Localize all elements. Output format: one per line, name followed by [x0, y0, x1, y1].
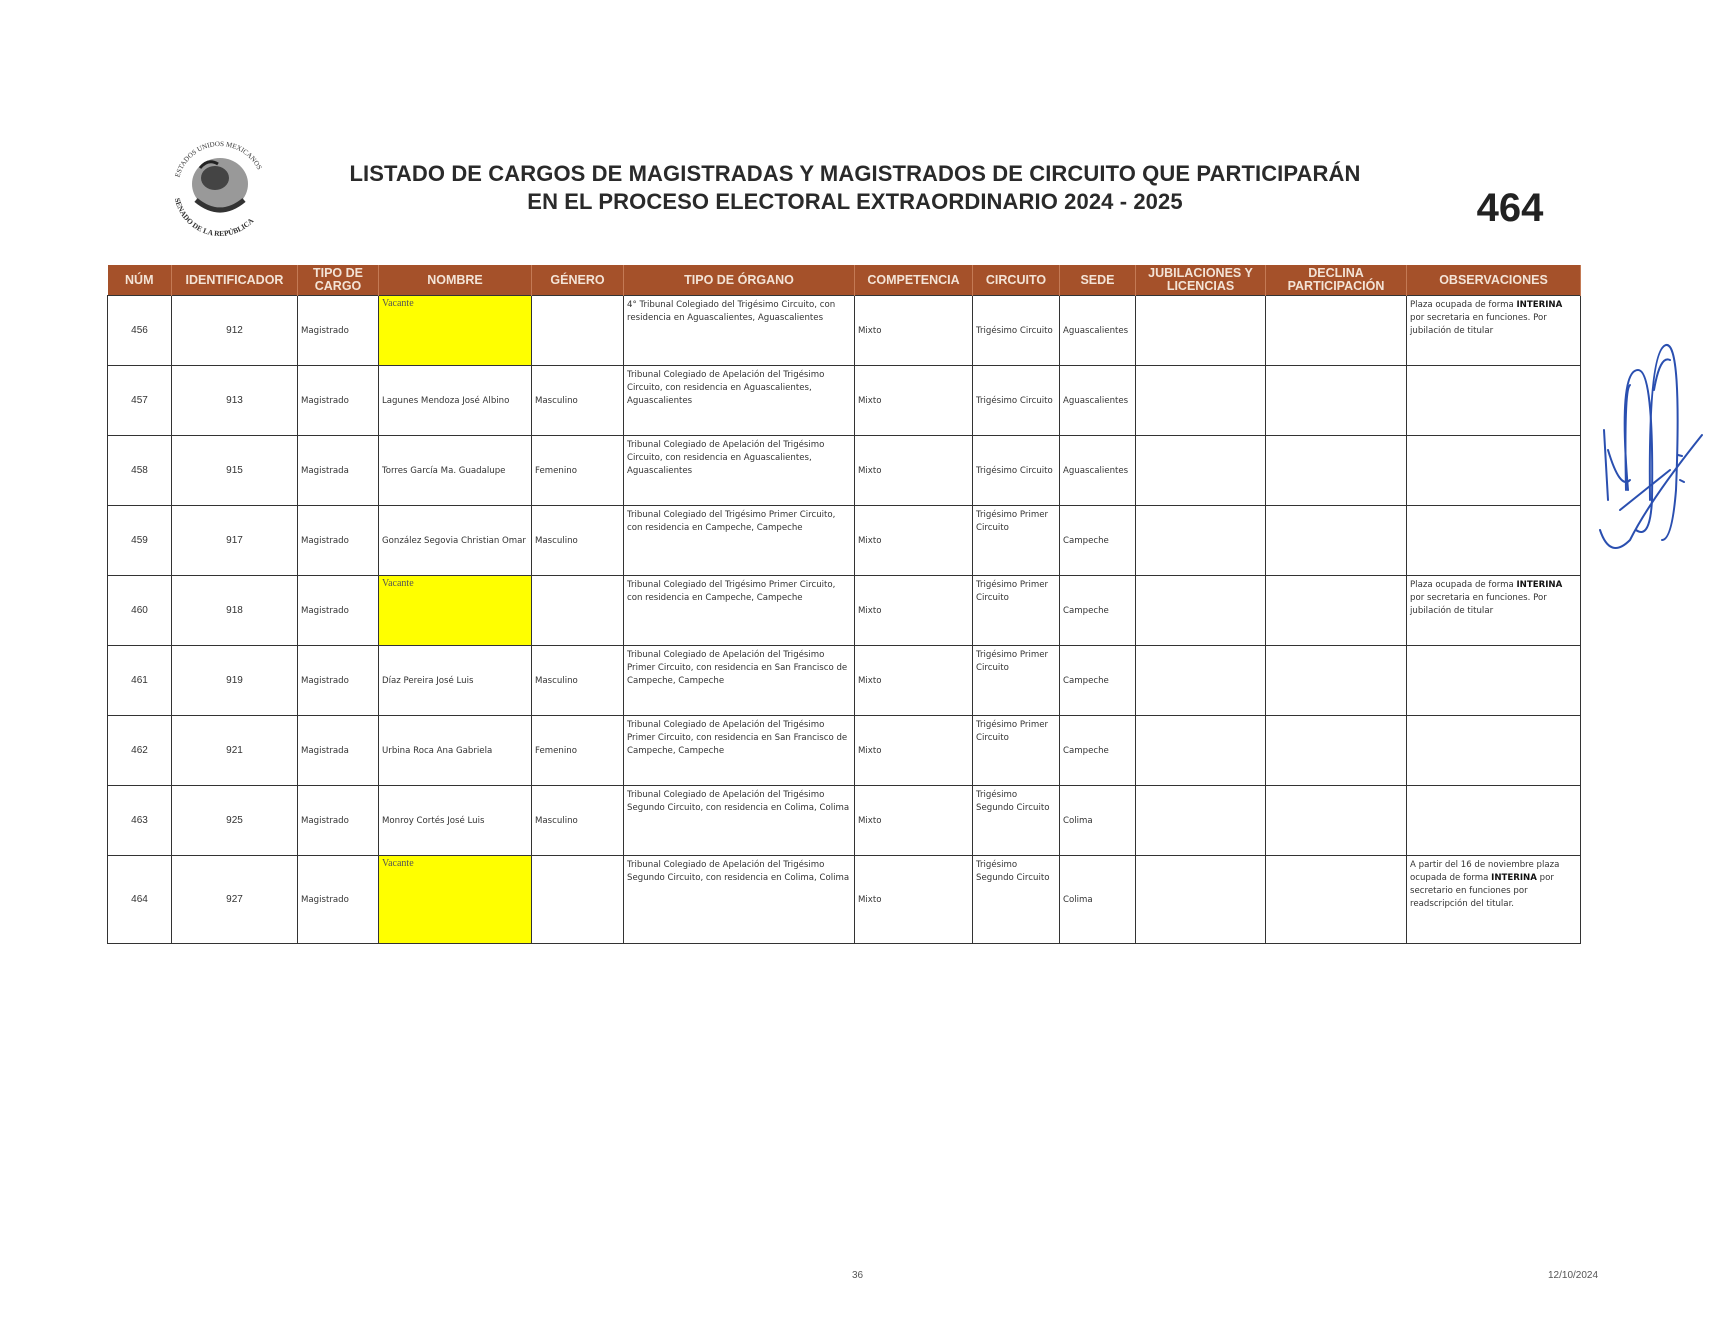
observaciones-bold-text: INTERINA [1516, 580, 1562, 590]
col-header-genero: GÉNERO [532, 265, 624, 296]
nombre-cell: González Segovia Christian Omar [379, 506, 532, 576]
observaciones-bold-text: INTERINA [1516, 300, 1562, 310]
observaciones-post-text: por secretaria en funciones. Por jubilac… [1410, 313, 1547, 336]
table-row: 460918MagistradoVacanteTribunal Colegiad… [108, 576, 1581, 646]
identificador-cell: 927 [172, 856, 298, 944]
identificador-cell: 912 [172, 296, 298, 366]
declina-cell [1266, 296, 1407, 366]
sede-cell: Campeche [1060, 716, 1136, 786]
circuito-cell: Trigésimo Segundo Circuito [973, 856, 1060, 944]
handwritten-signature [1590, 330, 1710, 570]
col-header-observaciones: OBSERVACIONES [1407, 265, 1581, 296]
table-row: 463925MagistradoMonroy Cortés José LuisM… [108, 786, 1581, 856]
competencia-cell: Mixto [855, 576, 973, 646]
jubilaciones-cell [1136, 366, 1266, 436]
tipo-organo-cell: 4° Tribunal Colegiado del Trigésimo Circ… [624, 296, 855, 366]
circuito-cell: Trigésimo Primer Circuito [973, 576, 1060, 646]
observaciones-cell: A partir del 16 de noviembre plaza ocupa… [1407, 856, 1581, 944]
sede-cell: Campeche [1060, 576, 1136, 646]
genero-cell [532, 296, 624, 366]
sede-cell: Aguascalientes [1060, 436, 1136, 506]
identificador-cell: 925 [172, 786, 298, 856]
tipo-cargo-cell: Magistrado [298, 506, 379, 576]
observaciones-cell [1407, 436, 1581, 506]
table-row: 457913MagistradoLagunes Mendoza José Alb… [108, 366, 1581, 436]
sede-cell: Campeche [1060, 506, 1136, 576]
nombre-cell: Urbina Roca Ana Gabriela [379, 716, 532, 786]
tipo-cargo-cell: Magistrado [298, 856, 379, 944]
tipo-cargo-cell: Magistrado [298, 296, 379, 366]
footer-date: 12/10/2024 [1548, 1270, 1598, 1281]
observaciones-pre-text: Plaza ocupada de forma [1410, 580, 1516, 590]
sede-cell: Campeche [1060, 646, 1136, 716]
declina-cell [1266, 716, 1407, 786]
competencia-cell: Mixto [855, 506, 973, 576]
total-count: 464 [1455, 186, 1565, 231]
genero-cell: Masculino [532, 786, 624, 856]
col-header-identificador: IDENTIFICADOR [172, 265, 298, 296]
genero-cell: Masculino [532, 366, 624, 436]
num-cell: 457 [108, 366, 172, 436]
competencia-cell: Mixto [855, 856, 973, 944]
num-cell: 464 [108, 856, 172, 944]
competencia-cell: Mixto [855, 366, 973, 436]
nombre-cell: Vacante [379, 296, 532, 366]
declina-cell [1266, 436, 1407, 506]
observaciones-cell: Plaza ocupada de forma INTERINA por secr… [1407, 576, 1581, 646]
sede-cell: Aguascalientes [1060, 366, 1136, 436]
table-header-row: NÚM IDENTIFICADOR TIPO DE CARGO NOMBRE G… [108, 265, 1581, 296]
nombre-cell: Monroy Cortés José Luis [379, 786, 532, 856]
observaciones-cell: Plaza ocupada de forma INTERINA por secr… [1407, 296, 1581, 366]
tipo-organo-cell: Tribunal Colegiado del Trigésimo Primer … [624, 576, 855, 646]
circuito-cell: Trigésimo Primer Circuito [973, 716, 1060, 786]
genero-cell: Masculino [532, 506, 624, 576]
tipo-organo-cell: Tribunal Colegiado de Apelación del Trig… [624, 646, 855, 716]
jubilaciones-cell [1136, 716, 1266, 786]
jubilaciones-cell [1136, 856, 1266, 944]
col-header-jubilaciones: JUBILACIONES Y LICENCIAS [1136, 265, 1266, 296]
num-cell: 458 [108, 436, 172, 506]
tipo-cargo-cell: Magistrado [298, 576, 379, 646]
document-title: LISTADO DE CARGOS DE MAGISTRADAS Y MAGIS… [290, 160, 1420, 216]
jubilaciones-cell [1136, 576, 1266, 646]
observaciones-pre-text: Plaza ocupada de forma [1410, 300, 1516, 310]
nombre-cell: Vacante [379, 576, 532, 646]
observaciones-cell [1407, 646, 1581, 716]
competencia-cell: Mixto [855, 646, 973, 716]
identificador-cell: 919 [172, 646, 298, 716]
table-row: 456912MagistradoVacante4° Tribunal Coleg… [108, 296, 1581, 366]
tipo-cargo-cell: Magistrado [298, 366, 379, 436]
genero-cell: Femenino [532, 716, 624, 786]
col-header-num: NÚM [108, 265, 172, 296]
identificador-cell: 915 [172, 436, 298, 506]
footer-page-number: 36 [852, 1270, 863, 1281]
col-header-tipo-cargo: TIPO DE CARGO [298, 265, 379, 296]
competencia-cell: Mixto [855, 296, 973, 366]
table-row: 461919MagistradoDíaz Pereira José LuisMa… [108, 646, 1581, 716]
observaciones-cell [1407, 786, 1581, 856]
circuito-cell: Trigésimo Primer Circuito [973, 646, 1060, 716]
num-cell: 462 [108, 716, 172, 786]
circuito-cell: Trigésimo Segundo Circuito [973, 786, 1060, 856]
declina-cell [1266, 856, 1407, 944]
genero-cell: Masculino [532, 646, 624, 716]
identificador-cell: 921 [172, 716, 298, 786]
declina-cell [1266, 576, 1407, 646]
observaciones-cell [1407, 506, 1581, 576]
circuito-cell: Trigésimo Primer Circuito [973, 506, 1060, 576]
tipo-organo-cell: Tribunal Colegiado del Trigésimo Primer … [624, 506, 855, 576]
observaciones-post-text: por secretaria en funciones. Por jubilac… [1410, 593, 1547, 616]
jubilaciones-cell [1136, 436, 1266, 506]
nombre-cell: Torres García Ma. Guadalupe [379, 436, 532, 506]
col-header-tipo-organo: TIPO DE ÓRGANO [624, 265, 855, 296]
tipo-cargo-cell: Magistrado [298, 786, 379, 856]
table-row: 459917MagistradoGonzález Segovia Christi… [108, 506, 1581, 576]
tipo-organo-cell: Tribunal Colegiado de Apelación del Trig… [624, 786, 855, 856]
nombre-cell: Vacante [379, 856, 532, 944]
col-header-circuito: CIRCUITO [973, 265, 1060, 296]
competencia-cell: Mixto [855, 716, 973, 786]
num-cell: 461 [108, 646, 172, 716]
jubilaciones-cell [1136, 506, 1266, 576]
jubilaciones-cell [1136, 296, 1266, 366]
circuito-cell: Trigésimo Circuito [973, 366, 1060, 436]
nombre-cell: Lagunes Mendoza José Albino [379, 366, 532, 436]
jubilaciones-cell [1136, 786, 1266, 856]
genero-cell [532, 576, 624, 646]
num-cell: 463 [108, 786, 172, 856]
genero-cell [532, 856, 624, 944]
title-line-1: LISTADO DE CARGOS DE MAGISTRADAS Y MAGIS… [290, 160, 1420, 188]
circuito-cell: Trigésimo Circuito [973, 296, 1060, 366]
tipo-cargo-cell: Magistrado [298, 646, 379, 716]
num-cell: 460 [108, 576, 172, 646]
col-header-competencia: COMPETENCIA [855, 265, 973, 296]
col-header-sede: SEDE [1060, 265, 1136, 296]
circuito-cell: Trigésimo Circuito [973, 436, 1060, 506]
senado-seal-logo: ESTADOS UNIDOS MEXICANOS SENADO DE LA RE… [160, 128, 280, 238]
declina-cell [1266, 646, 1407, 716]
declina-cell [1266, 366, 1407, 436]
num-cell: 459 [108, 506, 172, 576]
declina-cell [1266, 786, 1407, 856]
sede-cell: Colima [1060, 786, 1136, 856]
tipo-organo-cell: Tribunal Colegiado de Apelación del Trig… [624, 436, 855, 506]
table-row: 462921MagistradaUrbina Roca Ana Gabriela… [108, 716, 1581, 786]
tipo-organo-cell: Tribunal Colegiado de Apelación del Trig… [624, 716, 855, 786]
tipo-cargo-cell: Magistrada [298, 716, 379, 786]
jubilaciones-cell [1136, 646, 1266, 716]
tipo-organo-cell: Tribunal Colegiado de Apelación del Trig… [624, 856, 855, 944]
observaciones-cell [1407, 366, 1581, 436]
tipo-cargo-cell: Magistrada [298, 436, 379, 506]
identificador-cell: 913 [172, 366, 298, 436]
tipo-organo-cell: Tribunal Colegiado de Apelación del Trig… [624, 366, 855, 436]
num-cell: 456 [108, 296, 172, 366]
col-header-nombre: NOMBRE [379, 265, 532, 296]
title-line-2: EN EL PROCESO ELECTORAL EXTRAORDINARIO 2… [290, 188, 1420, 216]
competencia-cell: Mixto [855, 436, 973, 506]
declina-cell [1266, 506, 1407, 576]
table-row: 458915MagistradaTorres García Ma. Guadal… [108, 436, 1581, 506]
genero-cell: Femenino [532, 436, 624, 506]
cargos-table: NÚM IDENTIFICADOR TIPO DE CARGO NOMBRE G… [107, 265, 1581, 944]
sede-cell: Aguascalientes [1060, 296, 1136, 366]
nombre-cell: Díaz Pereira José Luis [379, 646, 532, 716]
sede-cell: Colima [1060, 856, 1136, 944]
competencia-cell: Mixto [855, 786, 973, 856]
col-header-declina: DECLINA PARTICIPACIÓN [1266, 265, 1407, 296]
identificador-cell: 917 [172, 506, 298, 576]
observaciones-cell [1407, 716, 1581, 786]
observaciones-bold-text: INTERINA [1491, 873, 1537, 883]
table-row: 464927MagistradoVacanteTribunal Colegiad… [108, 856, 1581, 944]
identificador-cell: 918 [172, 576, 298, 646]
